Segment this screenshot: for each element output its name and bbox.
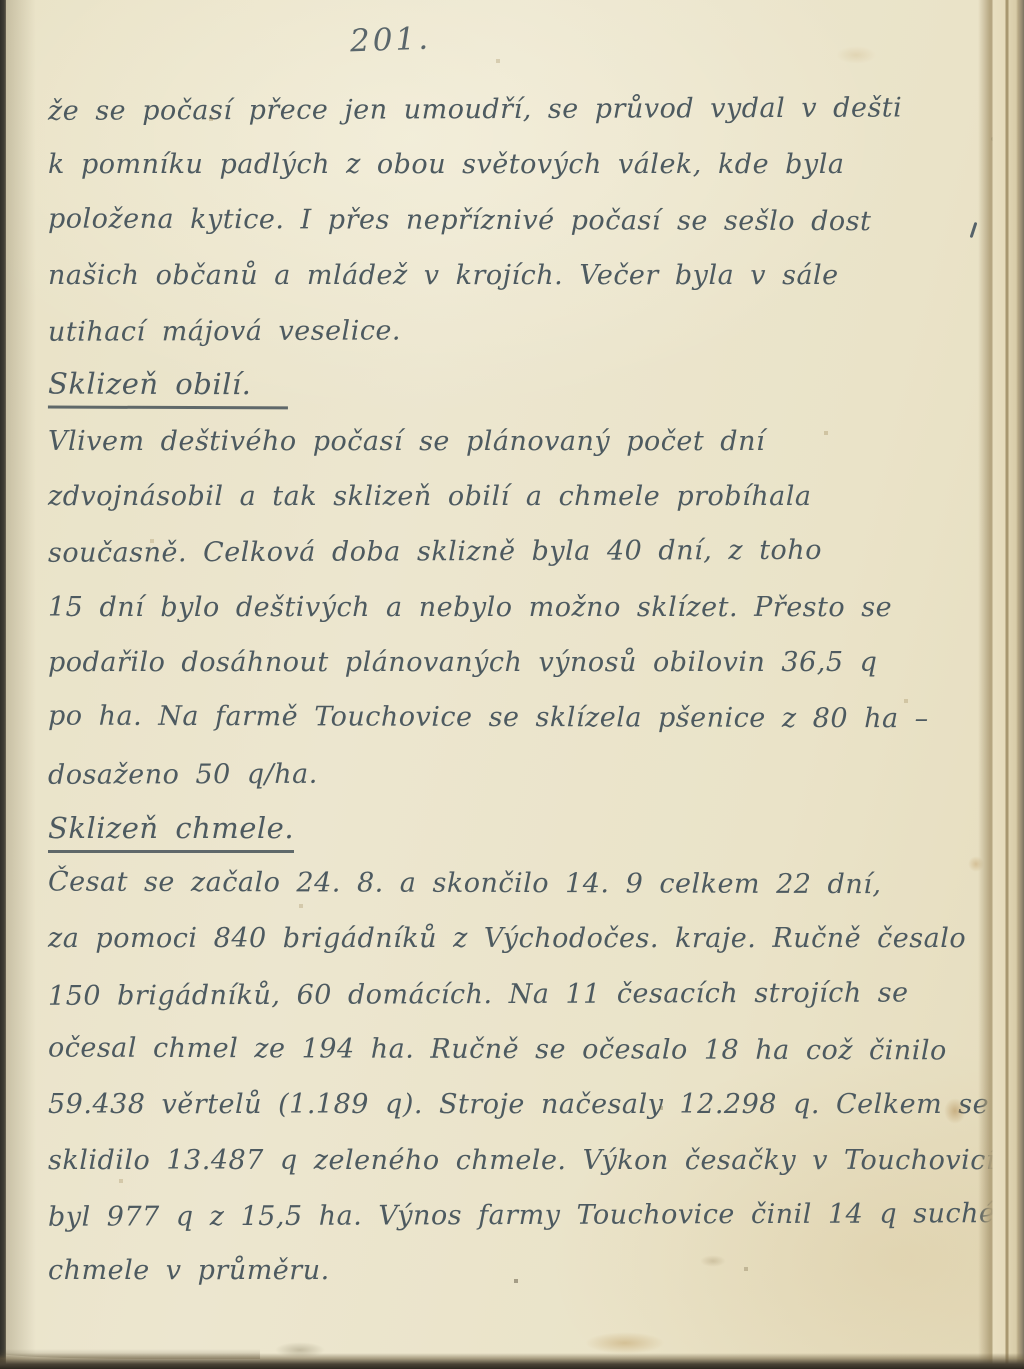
paper-stain bbox=[836, 46, 876, 64]
text-line: Vlivem deštivého počasí se plánovaný poč… bbox=[48, 414, 964, 469]
section-heading-hops-harvest: Sklizeň chmele. bbox=[48, 801, 964, 856]
text-line: chmele v průměru. bbox=[48, 1243, 964, 1298]
text-line: 150 brigádníků, 60 domácích. Na 11 česac… bbox=[48, 965, 964, 1024]
text-line: našich občanů a mládež v krojích. Večer … bbox=[48, 248, 964, 303]
text-line: položena kytice. I přes nepříznivé počas… bbox=[48, 191, 964, 249]
page-number: 201. bbox=[349, 21, 431, 60]
text-line: byl 977 q z 15,5 ha. Výnos farmy Touchov… bbox=[48, 1186, 964, 1245]
text-line: podařilo dosáhnout plánovaných výnosů ob… bbox=[48, 635, 964, 690]
binding-shadow bbox=[6, 0, 36, 1369]
text-line: Česat se začalo 24. 8. a skončilo 14. 9 … bbox=[48, 855, 964, 913]
paper-stain bbox=[700, 1255, 726, 1267]
paper-stain bbox=[944, 1098, 966, 1124]
book-bottom-edge bbox=[0, 1353, 1024, 1369]
text-line: že se počasí přece jen umoudří, se průvo… bbox=[48, 80, 964, 139]
heading-text: Sklizeň chmele. bbox=[48, 808, 294, 853]
handwritten-text: že se počasí přece jen umoudří, se průvo… bbox=[48, 82, 964, 1299]
text-line: zdvojnásobil a tak sklizeň obilí a chmel… bbox=[48, 469, 964, 524]
paper-stain bbox=[585, 1332, 665, 1354]
heading-text: Sklizeň obilí. bbox=[48, 364, 288, 410]
page-stack-edges bbox=[978, 0, 1024, 1369]
text-line: 15 dní bylo deštivých a nebylo možno skl… bbox=[48, 580, 964, 635]
text-line: dosaženo 50 q/ha. bbox=[48, 744, 964, 803]
text-line: očesal chmel ze 194 ha. Ručně se očesalo… bbox=[48, 1021, 964, 1079]
text-line: utihací májová veselice. bbox=[48, 301, 964, 360]
text-line: po ha. Na farmě Touchovice se sklízela p… bbox=[48, 689, 964, 747]
text-line: k pomníku padlých z obou světových válek… bbox=[48, 137, 964, 192]
section-heading-grain-harvest: Sklizeň obilí. bbox=[48, 357, 964, 415]
text-line: současně. Celková doba sklizně byla 40 d… bbox=[48, 523, 964, 582]
text-line: 59.438 věrtelů (1.189 q). Stroje načesal… bbox=[48, 1077, 964, 1132]
text-line: za pomoci 840 brigádníků z Východočes. k… bbox=[48, 911, 964, 966]
stray-ink-mark bbox=[970, 222, 978, 238]
scanned-chronicle-page: 201. že se počasí přece jen umoudří, se … bbox=[0, 0, 1024, 1369]
text-line: sklidilo 13.487 q zeleného chmele. Výkon… bbox=[48, 1133, 964, 1188]
